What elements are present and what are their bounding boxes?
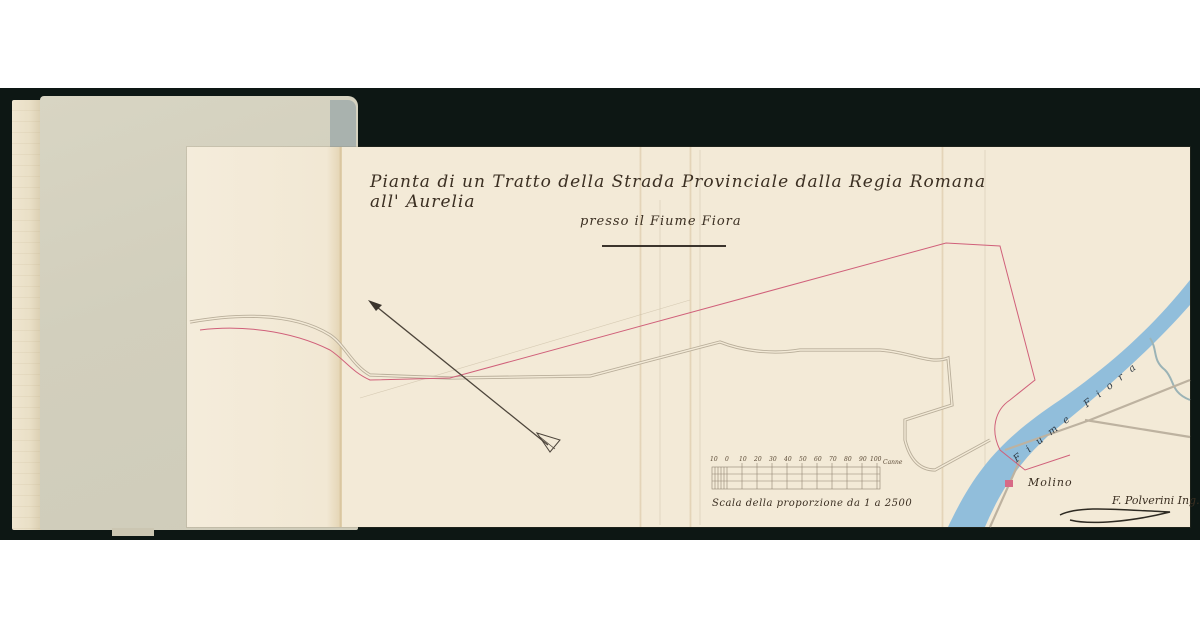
map-title: Pianta di un Tratto della Strada Provinc… xyxy=(370,172,990,212)
svg-text:30: 30 xyxy=(769,456,777,463)
svg-text:90: 90 xyxy=(859,456,867,463)
svg-text:50: 50 xyxy=(799,456,807,463)
svg-text:20: 20 xyxy=(753,456,762,463)
svg-text:80: 80 xyxy=(844,456,852,463)
svg-text:40: 40 xyxy=(783,456,792,463)
survey-line xyxy=(200,243,1070,470)
svg-text:10: 10 xyxy=(710,456,718,463)
mill-label: Molino xyxy=(1028,476,1073,489)
signature: F. Polverini Ing. xyxy=(1112,494,1200,507)
river-fiora xyxy=(948,280,1190,527)
scale-caption: Scala della proporzione da 1 a 2500 xyxy=(712,498,912,509)
map-subtitle: presso il Fiume Fiora xyxy=(580,214,780,229)
main-road xyxy=(190,316,990,470)
svg-text:70: 70 xyxy=(829,456,837,463)
map-drawing: 100 1020 3040 5060 7080 90100 xyxy=(0,0,1200,628)
signature-flourish xyxy=(1060,509,1170,522)
scale-unit: Canne xyxy=(883,459,902,466)
svg-text:10: 10 xyxy=(739,456,747,463)
svg-text:100: 100 xyxy=(870,456,882,463)
scale-tick-labels: 100 1020 3040 5060 7080 90100 xyxy=(710,456,882,463)
mill-building-icon xyxy=(1005,480,1013,487)
svg-text:0: 0 xyxy=(725,456,729,463)
scale-bar xyxy=(712,463,880,489)
svg-text:60: 60 xyxy=(814,456,822,463)
